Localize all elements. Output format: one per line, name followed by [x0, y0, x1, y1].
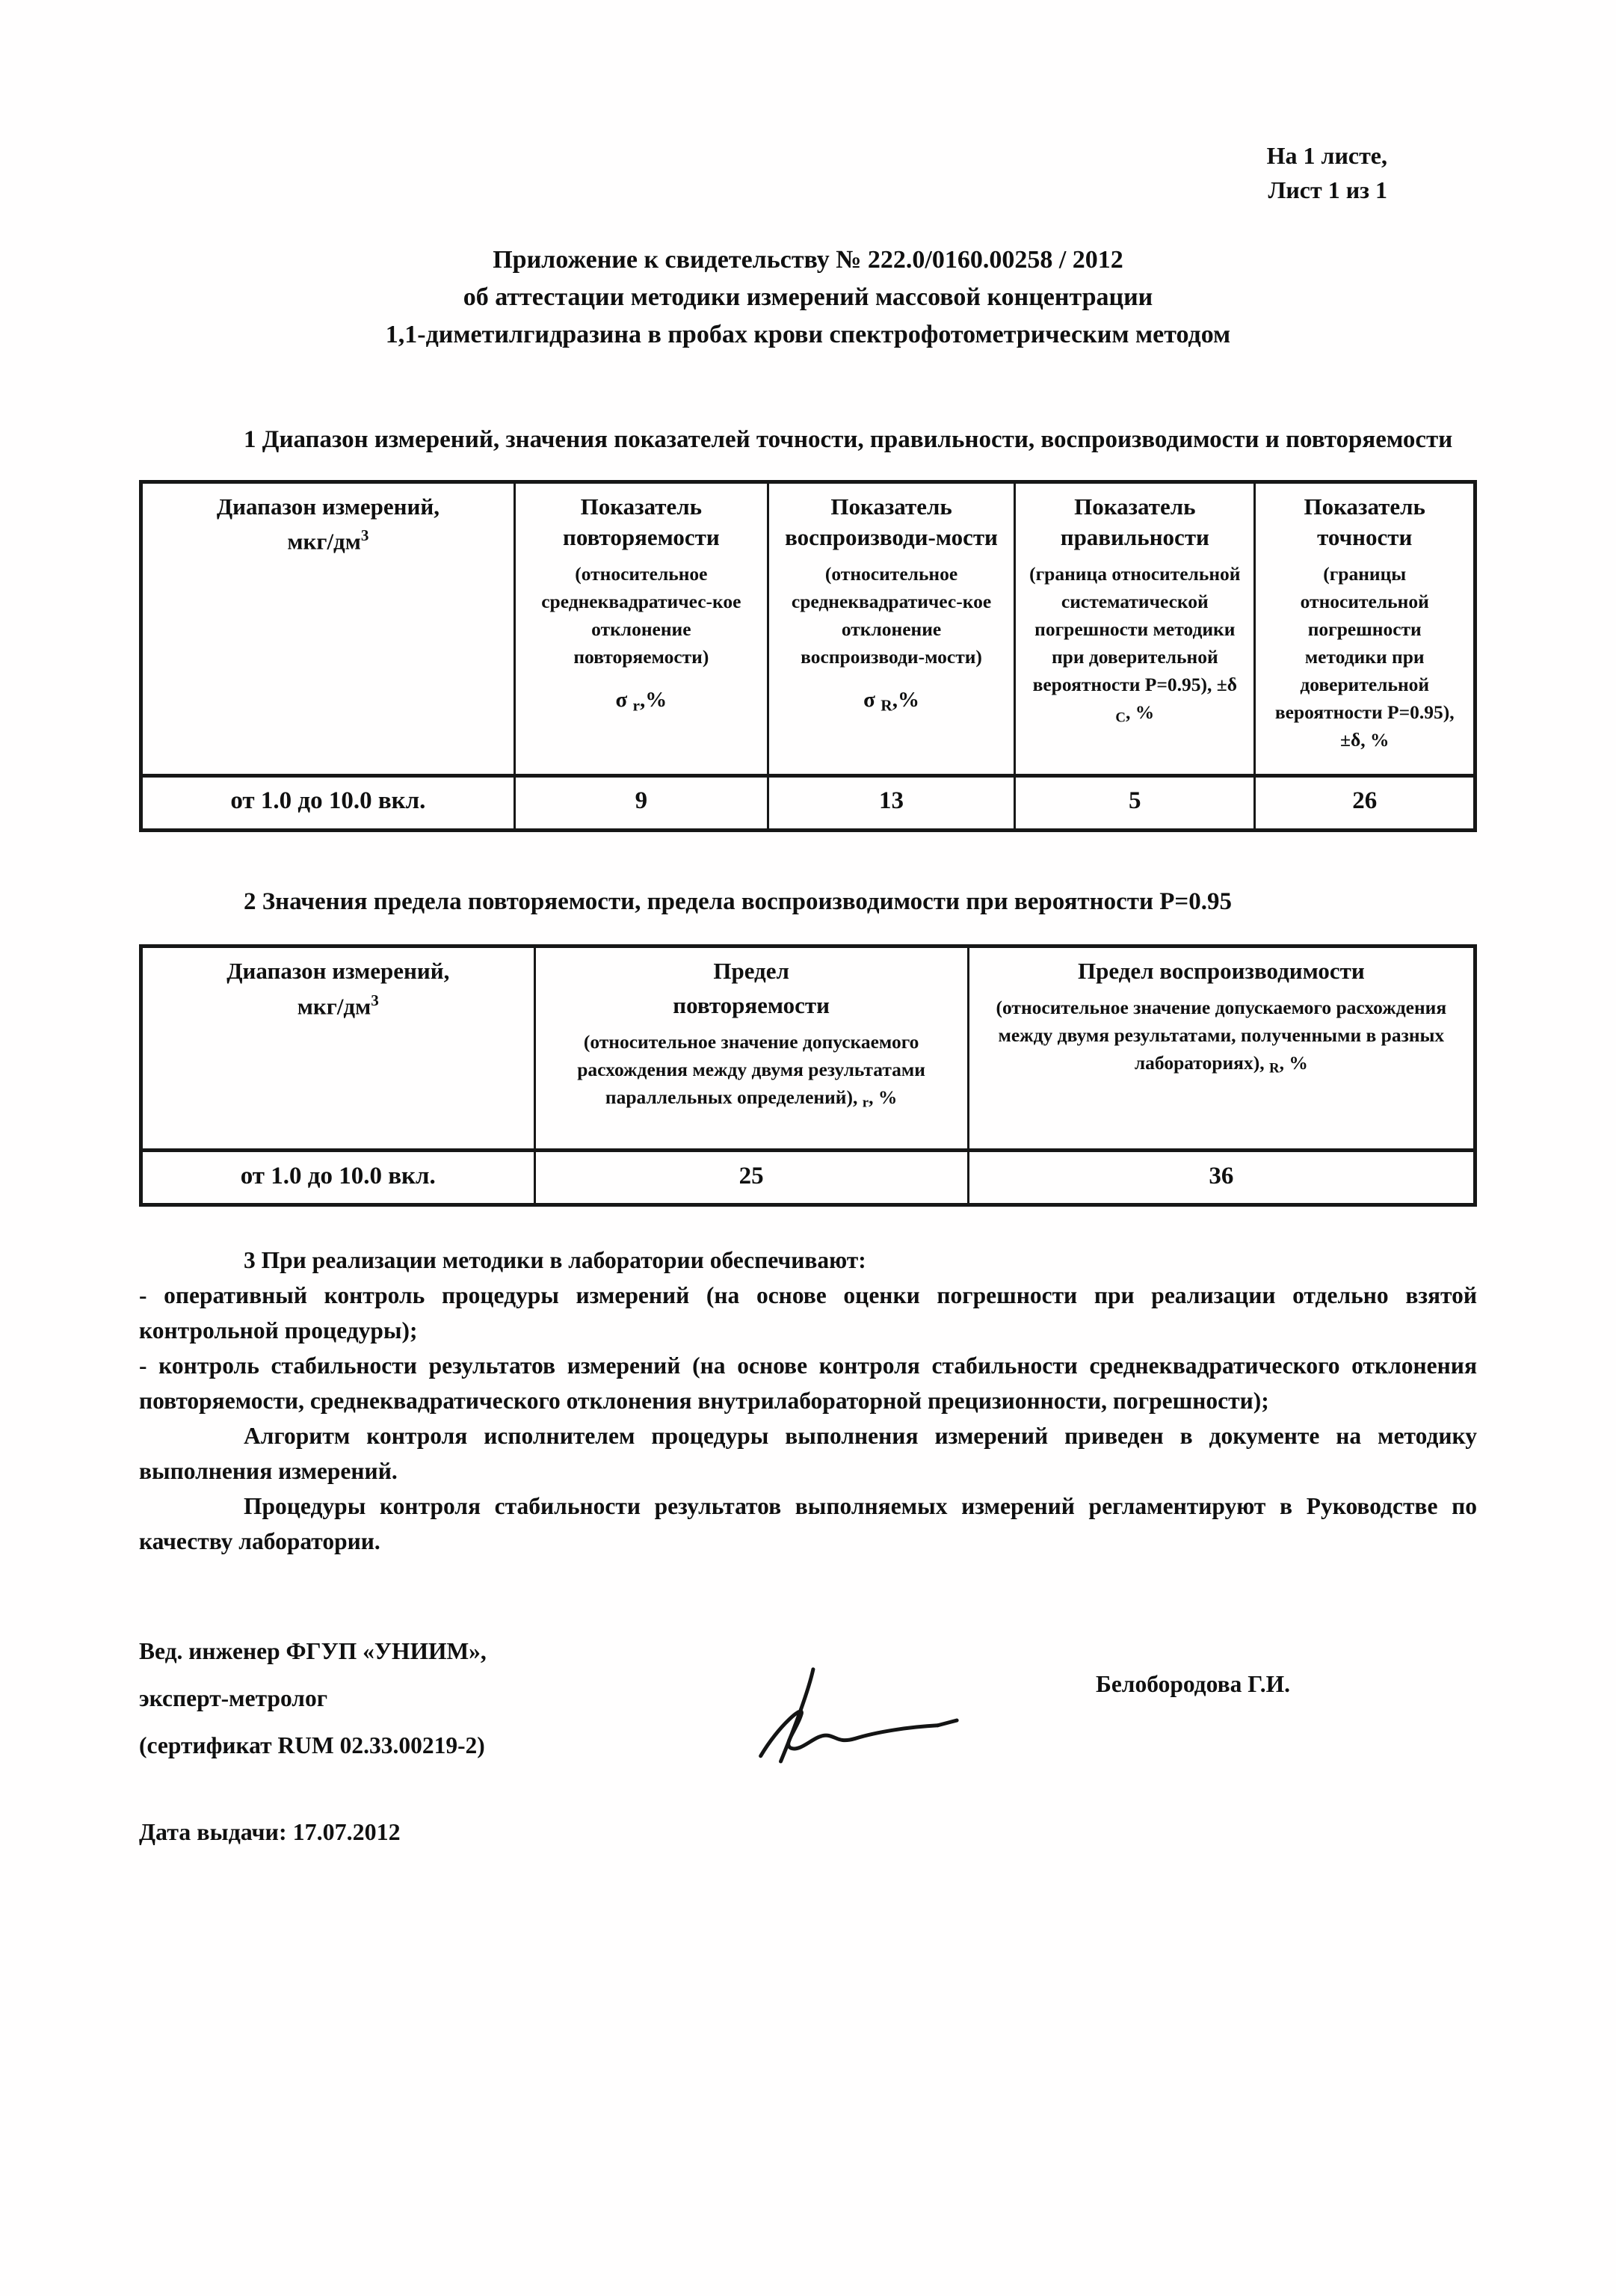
- table-1-col-trueness-header: Показатель правильности (граница относит…: [1015, 481, 1255, 775]
- symbol-subscript: r: [863, 1095, 869, 1111]
- table-2-col-range-header: Диапазон измерений, мкг/дм3: [141, 947, 535, 1151]
- scanned-document-page: На 1 листе, Лист 1 из 1 Приложение к сви…: [0, 0, 1616, 2296]
- document-title: Приложение к свидетельству № 222.0/0160.…: [139, 241, 1477, 354]
- sigma-symbol: σ: [863, 688, 881, 712]
- unit-text: мкг/дм: [287, 529, 360, 555]
- range-header-unit: мкг/дм3: [152, 525, 505, 557]
- section-1-heading: 1 Диапазон измерений, значения показател…: [139, 422, 1477, 458]
- table-2-header-row: Диапазон измерений, мкг/дм3 Предел повто…: [141, 947, 1475, 1151]
- probability-symbol: Р=0.95), ±δ: [1145, 674, 1237, 695]
- table-1-col-accuracy-header: Показатель точности (границы относительн…: [1255, 481, 1475, 775]
- signature-image: [722, 1655, 991, 1767]
- symbol-subscript: R: [1269, 1061, 1280, 1077]
- reproducibility-note: (относительное среднеквадратичес-кое отк…: [778, 561, 1005, 671]
- range-header-unit: мкг/дм3: [152, 990, 525, 1022]
- section-3-bullet-1: - оперативный контроль процедуры измерен…: [139, 1278, 1477, 1348]
- section-3-paragraph-2: Процедуры контроля стабильности результа…: [139, 1489, 1477, 1559]
- section-3-heading: 3 При реализации методики в лаборатории …: [139, 1243, 1477, 1278]
- table-1-col-repeatability-header: Показатель повторяемости (относительное …: [514, 481, 768, 775]
- range-value-cell: от 1.0 до 10.0 вкл.: [141, 775, 515, 830]
- symbol-unit: ,%: [892, 688, 919, 712]
- symbol-subscript: R: [881, 696, 892, 714]
- title-line-3: 1,1-диметилгидразина в пробах крови спек…: [139, 316, 1477, 354]
- handwritten-signature: [722, 1655, 1096, 1770]
- symbol-unit: , %: [869, 1086, 897, 1108]
- signer-name: Белобородова Г.И.: [1096, 1628, 1477, 1698]
- signer-position-line-1: Вед. инженер ФГУП «УНИИМ»,: [139, 1628, 677, 1675]
- trueness-note: (граница относительной систематической п…: [1025, 561, 1245, 728]
- signature-block: Вед. инженер ФГУП «УНИИМ», эксперт-метро…: [139, 1628, 1477, 1770]
- section-3: 3 При реализации методики в лаборатории …: [139, 1243, 1477, 1559]
- symbol-subscript: r: [632, 696, 640, 714]
- range-value-cell: от 1.0 до 10.0 вкл.: [141, 1151, 535, 1205]
- table-1-data-row: от 1.0 до 10.0 вкл. 9 13 5 26: [141, 775, 1475, 830]
- sheet-number-line: Лист 1 из 1: [139, 173, 1387, 207]
- repeatability-title: Показатель повторяемости: [525, 491, 758, 554]
- reproducibility-symbol: σ R,%: [778, 688, 1005, 715]
- table-2-col-repeatability-limit-header: Предел повторяемости (относительное знач…: [534, 947, 968, 1151]
- table-2-col-reproducibility-limit-header: Предел воспроизводимости (относительное …: [968, 947, 1475, 1151]
- table-1-header-row: Диапазон измерений, мкг/дм3 Показатель п…: [141, 481, 1475, 775]
- symbol-unit: , %: [1280, 1052, 1308, 1074]
- sheet-count-header: На 1 листе, Лист 1 из 1: [139, 138, 1477, 208]
- repeatability-limit-value-cell: 25: [534, 1151, 968, 1205]
- symbol-unit: ,%: [640, 688, 667, 712]
- accuracy-title: Показатель точности: [1265, 491, 1464, 554]
- section-3-bullet-2: - контроль стабильности результатов изме…: [139, 1348, 1477, 1418]
- signer-credentials: Вед. инженер ФГУП «УНИИМ», эксперт-метро…: [139, 1628, 677, 1769]
- trueness-title: Показатель правильности: [1025, 491, 1245, 554]
- accuracy-indicators-table: Диапазон измерений, мкг/дм3 Показатель п…: [139, 480, 1477, 832]
- reproducibility-value-cell: 13: [768, 775, 1014, 830]
- reproducibility-limit-note: (относительное значение допускаемого рас…: [978, 994, 1464, 1079]
- unit-text: мкг/дм: [297, 994, 371, 1020]
- range-header-title: Диапазон измерений,: [152, 491, 505, 523]
- reproducibility-limit-title: Предел воспроизводимости: [978, 955, 1464, 987]
- section-2-heading: 2 Значения предела повторяемости, предел…: [139, 884, 1477, 920]
- sheet-count-line: На 1 листе,: [139, 138, 1387, 173]
- repeatability-symbol: σ r,%: [525, 688, 758, 715]
- limits-table: Диапазон измерений, мкг/дм3 Предел повто…: [139, 944, 1477, 1207]
- repeatability-limit-note: (относительное значение допускаемого рас…: [545, 1029, 958, 1113]
- table-1-col-range-header: Диапазон измерений, мкг/дм3: [141, 481, 515, 775]
- trueness-value-cell: 5: [1015, 775, 1255, 830]
- signer-certificate: (сертификат RUM 02.33.00219-2): [139, 1722, 677, 1769]
- title-line-2: об аттестации методики измерений массово…: [139, 279, 1477, 316]
- sigma-symbol: σ: [615, 688, 632, 712]
- note-text: (относительное значение допускаемого рас…: [996, 997, 1447, 1074]
- accuracy-note-text: (границы относительной погрешности метод…: [1275, 563, 1429, 723]
- section-3-paragraph-1: Алгоритм контроля исполнителем процедуры…: [139, 1418, 1477, 1489]
- unit-superscript: 3: [371, 991, 379, 1009]
- reproducibility-limit-value-cell: 36: [968, 1151, 1475, 1205]
- table-1-col-reproducibility-header: Показатель воспроизводи-мости (относител…: [768, 481, 1014, 775]
- repeatability-limit-title-1: Предел: [545, 955, 958, 987]
- accuracy-note: (границы относительной погрешности метод…: [1265, 561, 1464, 754]
- issue-date: Дата выдачи: 17.07.2012: [139, 1818, 1477, 1846]
- unit-superscript: 3: [361, 526, 369, 544]
- signer-position-line-2: эксперт-метролог: [139, 1675, 677, 1722]
- repeatability-limit-title-2: повторяемости: [545, 990, 958, 1021]
- repeatability-value-cell: 9: [514, 775, 768, 830]
- reproducibility-title: Показатель воспроизводи-мости: [778, 491, 1005, 554]
- range-header-title: Диапазон измерений,: [152, 955, 525, 987]
- accuracy-value-cell: 26: [1255, 775, 1475, 830]
- symbol-subscript: С: [1115, 710, 1126, 726]
- repeatability-note: (относительное среднеквадратичес-кое отк…: [525, 561, 758, 671]
- title-line-1: Приложение к свидетельству № 222.0/0160.…: [139, 241, 1477, 279]
- table-2-data-row: от 1.0 до 10.0 вкл. 25 36: [141, 1151, 1475, 1205]
- symbol-unit: , %: [1126, 701, 1154, 723]
